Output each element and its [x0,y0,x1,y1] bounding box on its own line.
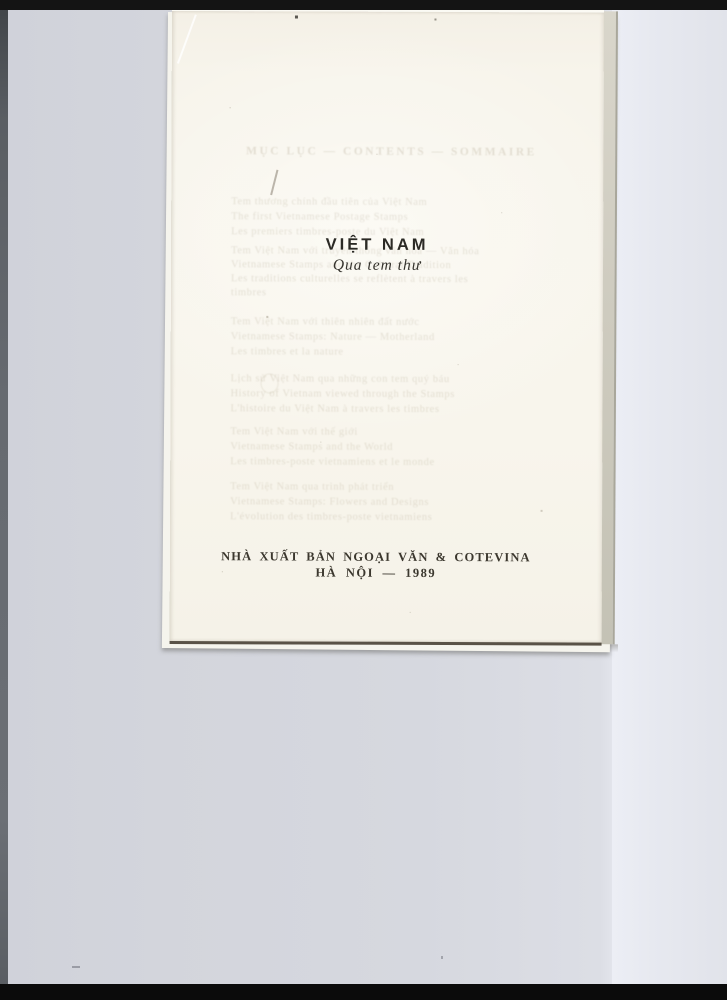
ghost-toc-entry: Tem Việt Nam với thiên nhiên đất nước Vi… [231,314,561,360]
ghost-toc-line: Les timbres et la nature [231,344,561,360]
ghost-toc-entry: Tem Việt Nam qua trình phát triển Vietna… [230,479,560,525]
ghost-toc-line: Vietnamese Stamps: Nature — Motherland [231,329,561,345]
ghost-toc-line: L'évolution des timbres-poste vietnamien… [230,509,560,525]
book-title: VIỆT NAM [171,235,583,256]
ghost-toc-line: Vietnamese Stamps: Flowers and Designs [230,494,560,510]
ghost-toc-line: Les timbres-poste vietnamiens et le mond… [230,454,560,470]
ghost-toc-line: Tem thương chính đầu tiên của Việt Nam [231,194,561,210]
scan-black-band-top [0,0,727,10]
scanned-book-page: MỤC LỤC — CONTENTS — SOMMAIRE Tem thương… [0,0,727,1000]
ghost-toc-line: Tem Việt Nam qua trình phát triển [230,479,560,495]
ghost-toc-entry: Lịch sử Việt Nam qua những con tem quý b… [230,371,560,417]
imprint-year-line: HÀ NỘI — 1989 [170,565,582,582]
scan-black-band-bottom [0,984,727,1000]
ghost-toc-line: timbres [231,286,561,301]
book-subtitle: Qua tem thư [171,256,583,276]
ghost-toc-line: L'histoire du Việt Nam à travers les tim… [230,401,560,417]
ghost-toc-line: History of Vietnam viewed through the St… [230,386,560,402]
publisher-line: NHÀ XUẤT BẢN NGOẠI VĂN & COTEVINA [170,549,582,566]
page-content: MỤC LỤC — CONTENTS — SOMMAIRE Tem thương… [170,11,584,643]
ghost-toc-entry: Tem Việt Nam với thế giới Vietnamese Sta… [230,424,560,470]
ghost-toc-line: Tem Việt Nam với thiên nhiên đất nước [231,314,561,330]
ghost-toc-line: Tem Việt Nam với thế giới [230,424,560,440]
dust-speck [441,956,443,959]
ghost-toc-line: Vietnamese Stamps and the World [230,439,560,455]
ghost-toc-line: Lịch sử Việt Nam qua những con tem quý b… [231,371,561,387]
ghost-toc-header: MỤC LỤC — CONTENTS — SOMMAIRE [171,145,611,159]
ghost-toc-line: The first Vietnamese Postage Stamps [231,209,561,225]
dust-speck [72,966,80,968]
scanner-edge-strip [0,0,8,1000]
book-title-page: MỤC LỤC — CONTENTS — SOMMAIRE Tem thương… [170,8,604,646]
scanner-bed-bright-area [612,10,727,984]
ghost-toc-entry: Tem thương chính đầu tiên của Việt Nam T… [231,194,561,240]
